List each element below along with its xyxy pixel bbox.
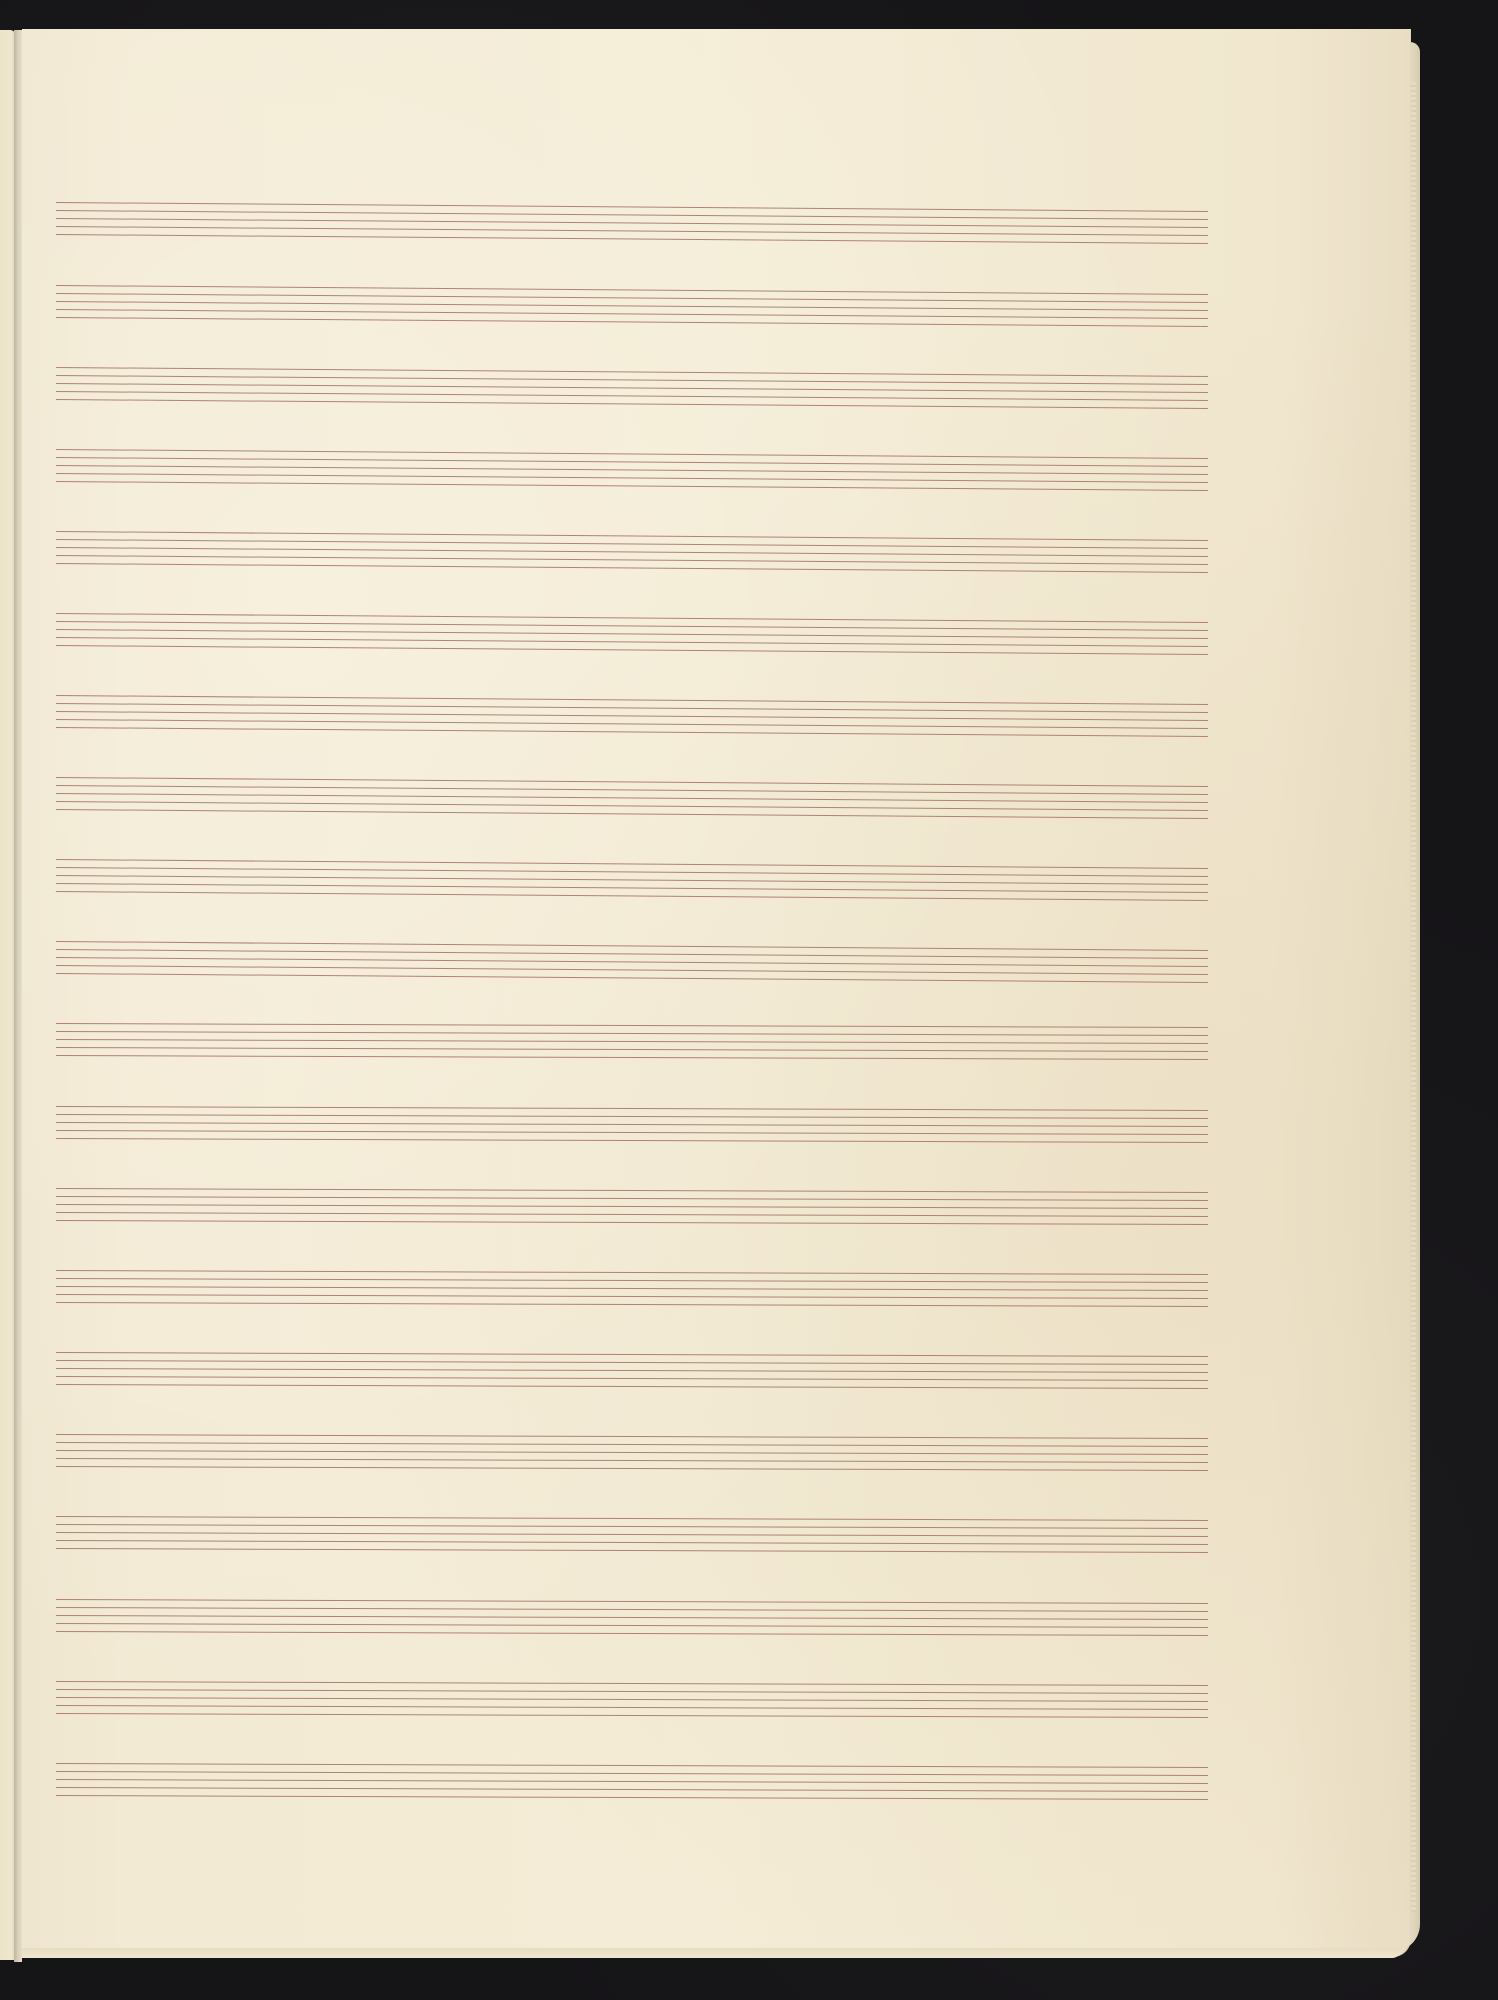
staff-line	[56, 563, 1208, 573]
staff-17	[56, 1516, 1208, 1554]
staff-line	[56, 481, 1208, 491]
staff-line	[56, 809, 1208, 819]
staff-line	[56, 1204, 1208, 1209]
staff-line	[56, 645, 1208, 655]
staff-line	[56, 1681, 1208, 1686]
staff-7	[56, 695, 1208, 738]
staff-line	[56, 1031, 1208, 1036]
staff-14	[56, 1270, 1208, 1308]
staff-line	[56, 1548, 1208, 1553]
staff-system	[0, 0, 1498, 2000]
staff-9	[56, 859, 1208, 902]
staff-line	[56, 1713, 1208, 1718]
staff-15	[56, 1352, 1208, 1390]
staff-line	[56, 1607, 1208, 1612]
staff-line	[56, 1763, 1208, 1768]
staff-line	[56, 1196, 1208, 1201]
staff-line	[56, 1023, 1208, 1028]
staff-line	[56, 1631, 1208, 1636]
staff-18	[56, 1599, 1208, 1637]
staff-line	[56, 1442, 1208, 1447]
staff-line	[56, 1516, 1208, 1521]
staff-line	[56, 1352, 1208, 1357]
staff-5	[56, 531, 1208, 574]
staff-2	[56, 285, 1208, 328]
staff-line	[56, 1130, 1208, 1135]
staff-line	[56, 1434, 1208, 1439]
staff-line	[56, 1705, 1208, 1710]
staff-line	[56, 1771, 1208, 1776]
staff-line	[56, 1039, 1208, 1044]
staff-line	[56, 1532, 1208, 1537]
staff-line	[56, 1524, 1208, 1529]
staff-line	[56, 1689, 1208, 1694]
staff-line	[56, 1122, 1208, 1127]
staff-12	[56, 1106, 1208, 1144]
staff-line	[56, 973, 1208, 983]
staff-20	[56, 1763, 1208, 1801]
staff-line	[56, 1188, 1208, 1193]
staff-10	[56, 941, 1208, 984]
staff-line	[56, 1302, 1208, 1307]
staff-line	[56, 1360, 1208, 1365]
staff-line	[56, 1376, 1208, 1381]
staff-line	[56, 1270, 1208, 1275]
staff-line	[56, 1055, 1208, 1060]
staff-19	[56, 1681, 1208, 1719]
staff-line	[56, 1795, 1208, 1800]
staff-line	[56, 1697, 1208, 1702]
staff-line	[56, 1114, 1208, 1119]
staff-6	[56, 613, 1208, 656]
staff-line	[56, 1368, 1208, 1373]
staff-line	[56, 1779, 1208, 1784]
staff-16	[56, 1434, 1208, 1472]
staff-line	[56, 1450, 1208, 1455]
staff-line	[56, 1384, 1208, 1389]
staff-8	[56, 777, 1208, 820]
staff-line	[56, 1540, 1208, 1545]
staff-line	[56, 1278, 1208, 1283]
staff-line	[56, 1286, 1208, 1291]
staff-13	[56, 1188, 1208, 1226]
staff-line	[56, 317, 1208, 327]
staff-line	[56, 1599, 1208, 1604]
staff-1	[56, 202, 1208, 245]
staff-line	[56, 234, 1208, 244]
staff-line	[56, 1047, 1208, 1052]
staff-4	[56, 449, 1208, 492]
staff-line	[56, 1623, 1208, 1628]
staff-line	[56, 1212, 1208, 1217]
staff-line	[56, 1106, 1208, 1111]
staff-line	[56, 891, 1208, 901]
staff-line	[56, 1787, 1208, 1792]
staff-line	[56, 1615, 1208, 1620]
staff-11	[56, 1023, 1208, 1061]
staff-line	[56, 1138, 1208, 1143]
staff-line	[56, 1294, 1208, 1299]
staff-line	[56, 399, 1208, 409]
staff-line	[56, 1220, 1208, 1225]
staff-line	[56, 1458, 1208, 1463]
staff-3	[56, 367, 1208, 410]
staff-line	[56, 727, 1208, 737]
staff-line	[56, 1466, 1208, 1471]
